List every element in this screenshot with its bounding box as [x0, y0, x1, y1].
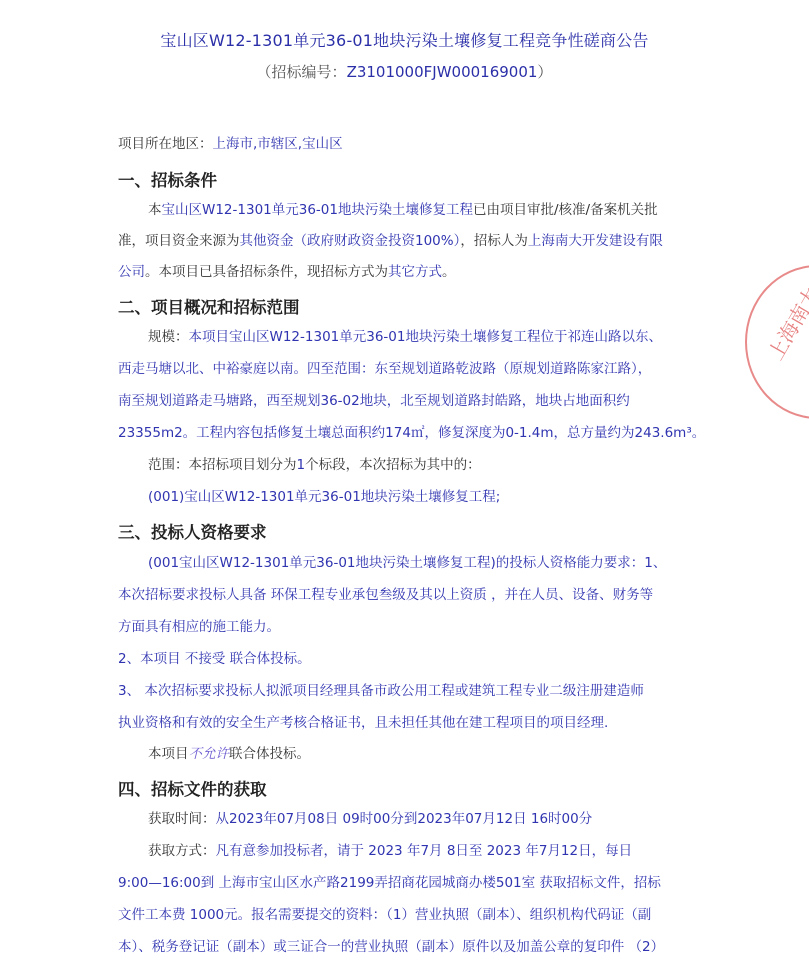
consortium-status: 不允许 — [189, 746, 230, 762]
scale-line1: 规模：本项目宝山区W12-1301单元36-01地块污染土壤修复工程位于祁连山路… — [148, 327, 698, 347]
text: 个标段，本次招标为其中的： — [305, 457, 481, 473]
req-line2: 本次招标要求投标人具备 环保工程专业承包叁级及其以上资质 ，并在人员、设备、财务… — [118, 585, 698, 605]
funding-source: 其他资金（政府财政资金投资100%） — [240, 233, 461, 249]
acquire-method-line3: 文件工本费 1000元。报名需要提交的资料：（1）营业执照（副本）、组织机构代码… — [118, 905, 698, 925]
consortium-line: 本项目不允许联合体投标。 — [148, 744, 698, 764]
section2-heading: 二、项目概况和招标范围 — [118, 294, 300, 318]
tender-method: 其它方式 — [388, 264, 442, 280]
scale-text: 本项目宝山区W12-1301单元36-01地块污染土壤修复工程位于祁连山路以东、 — [189, 329, 662, 345]
project-location: 项目所在地区：上海市,市辖区,宝山区 — [118, 134, 698, 154]
lot-count: 1 — [297, 457, 306, 473]
location-label: 项目所在地区： — [118, 136, 213, 152]
text: 联合体投标。 — [229, 746, 310, 762]
section1-line1: 本宝山区W12-1301单元36-01地块污染土壤修复工程已由项目审批/核准/备… — [148, 200, 698, 220]
subtitle-prefix: （招标编号： — [257, 63, 347, 81]
method-label: 获取方式： — [148, 843, 216, 859]
lot-item: (001)宝山区W12-1301单元36-01地块污染土壤修复工程; — [148, 487, 698, 507]
location-value: 上海市,市辖区,宝山区 — [213, 136, 343, 152]
section1-line3: 公司。本项目已具备招标条件，现招标方式为其它方式。 — [118, 262, 698, 282]
acquire-method-line1: 获取方式：凡有意参加投标者，请于 2023 年7月 8日至 2023 年7月12… — [148, 841, 698, 861]
document-title: 宝山区W12-1301单元36-01地块污染土壤修复工程竞争性磋商公告 — [0, 28, 809, 51]
acquire-method-line4: 本）、税务登记证（副本）或三证合一的营业执照（副本）原件以及加盖公章的复印件 （… — [118, 937, 698, 957]
acquire-time-line: 获取时间：从2023年07月08日 09时00分到2023年07月12日 16时… — [148, 809, 698, 829]
section1-heading: 一、招标条件 — [118, 167, 217, 191]
acquire-method-line2: 9:00—16:00到 上海市宝山区水产路2199弄招商花园城商办楼501室 获… — [118, 873, 698, 893]
document-subtitle: （招标编号：Z3101000FJW000169001） — [0, 61, 809, 82]
text: 准，项目资金来源为 — [118, 233, 240, 249]
text: ，招标人为 — [460, 233, 528, 249]
tenderer-name-cont: 公司 — [118, 264, 145, 280]
subtitle-suffix: ） — [537, 63, 552, 81]
scale-line2: 西走马塘以北、中裕豪庭以南。四至范围：东至规划道路乾波路（原规划道路陈家江路）， — [118, 359, 698, 379]
text: 本项目 — [148, 746, 189, 762]
time-value: 从2023年07月08日 09时00分到2023年07月12日 16时00分 — [216, 811, 593, 827]
text: 本 — [148, 202, 162, 218]
scale-line4: 23355m2。工程内容包括修复土壤总面积约174㎡，修复深度为0-1.4m，总… — [118, 423, 698, 443]
project-name: 宝山区W12-1301单元36-01地块污染土壤修复工程 — [162, 202, 473, 218]
time-label: 获取时间： — [148, 811, 216, 827]
tenderer-name: 上海南大开发建设有限 — [528, 233, 663, 249]
method-text: 凡有意参加投标者，请于 2023 年7月 8日至 2023 年7月12日，每日 — [216, 843, 633, 859]
scale-line3: 南至规划道路走马塘路，西至规划36-02地块，北至规划道路封皓路，地块占地面积约 — [118, 391, 698, 411]
text: 范围：本招标项目划分为 — [148, 457, 297, 473]
section4-heading: 四、招标文件的获取 — [118, 776, 267, 800]
text: 。 — [442, 264, 456, 280]
req3-line1: 3、 本次招标要求投标人拟派项目经理具备市政公用工程或建筑工程专业二级注册建造师 — [118, 681, 698, 701]
req-line3: 方面具有相应的施工能力。 — [118, 617, 698, 637]
section1-line2: 准，项目资金来源为其他资金（政府财政资金投资100%），招标人为上海南大开发建设… — [118, 231, 698, 251]
req2-line: 2、本项目 不接受 联合体投标。 — [118, 649, 698, 669]
document-page: 宝山区W12-1301单元36-01地块污染土壤修复工程竞争性磋商公告 （招标编… — [0, 0, 809, 978]
range-line: 范围：本招标项目划分为1个标段，本次招标为其中的： — [148, 455, 698, 475]
tender-code: Z3101000FJW000169001 — [347, 63, 538, 81]
req-line1: (001宝山区W12-1301单元36-01地块污染土壤修复工程)的投标人资格能… — [148, 553, 698, 573]
req3-line2: 执业资格和有效的安全生产考核合格证书，且未担任其他在建工程项目的项目经理. — [118, 713, 698, 733]
text: 。本项目已具备招标条件，现招标方式为 — [145, 264, 388, 280]
scale-label: 规模： — [148, 329, 189, 345]
text: 已由项目审批/核准/备案机关批 — [473, 202, 658, 218]
section3-heading: 三、投标人资格要求 — [118, 519, 267, 543]
